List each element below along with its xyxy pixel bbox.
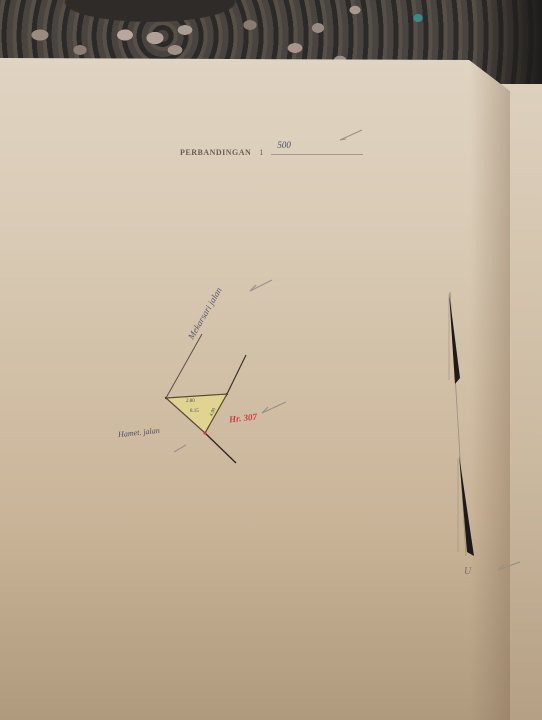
parcel-sketch [0, 0, 542, 720]
parcel-corner-marker [203, 431, 206, 434]
road-edge-left [166, 334, 202, 398]
road-edge-lower [205, 433, 236, 463]
dimension-label: 2.80 [186, 399, 195, 404]
north-label: U [464, 566, 471, 577]
north-arrow-icon [449, 292, 474, 556]
dimension-label: 8.15 [190, 409, 199, 414]
road-edge-right [226, 355, 246, 396]
